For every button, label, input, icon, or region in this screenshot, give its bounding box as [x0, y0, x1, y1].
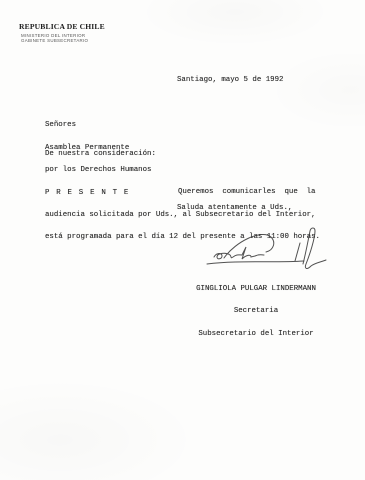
- signature-block: GINGLIOLA PULGAR LINDERMANN Secretaria S…: [190, 271, 322, 353]
- letterhead-office: GABINETE SUBSECRETARIO: [21, 38, 105, 43]
- dateline: Santiago, mayo 5 de 1992: [177, 77, 283, 85]
- body-line-2: audiencia solicitada por Uds., al Subsec…: [45, 212, 320, 220]
- letter-page: REPUBLICA DE CHILE MINISTERIO DEL INTERI…: [0, 0, 365, 480]
- salutation: De nuestra consideración:: [45, 151, 156, 159]
- body-line-1: Queremos comunicarles que la: [45, 189, 320, 197]
- handwritten-signature: [204, 226, 332, 276]
- letterhead: REPUBLICA DE CHILE MINISTERIO DEL INTERI…: [19, 22, 105, 43]
- signer-name: GINGLIOLA PULGAR LINDERMANN: [190, 286, 322, 293]
- closing-line: Saluda atentamente a Uds.,: [177, 205, 292, 213]
- signer-title: Secretaria: [190, 308, 322, 315]
- letterhead-sublines: MINISTERIO DEL INTERIOR GABINETE SUBSECR…: [21, 33, 105, 43]
- recipient-salutation-line: Señores: [45, 122, 151, 130]
- signer-department: Subsecretario del Interior: [190, 331, 322, 338]
- letterhead-country: REPUBLICA DE CHILE: [19, 22, 105, 31]
